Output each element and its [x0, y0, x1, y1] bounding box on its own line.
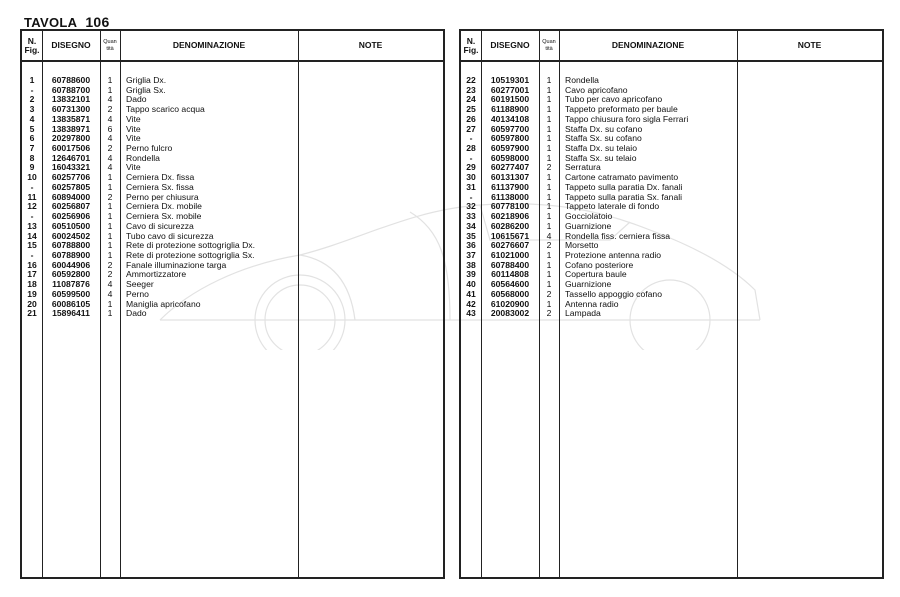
figure-number: 43 [461, 309, 481, 319]
figure-number: 21 [22, 309, 42, 319]
description: Vite [126, 125, 296, 135]
description: Tappo scarico acqua [126, 105, 296, 115]
part-number: 15896411 [42, 309, 100, 319]
title-number: 106 [85, 14, 109, 30]
header-qty: Quantità [100, 31, 120, 60]
table-body: 22105193011Rondella23602770011Cavo apric… [461, 76, 882, 319]
header-note: NOTE [737, 31, 882, 60]
page-title: TAVOLA106 [24, 14, 110, 30]
header-divider [461, 60, 882, 62]
quantity: 2 [539, 309, 559, 319]
header-divider [22, 60, 443, 62]
part-number: 20083002 [481, 309, 539, 319]
description: Rondella [126, 154, 296, 164]
quantity: 1 [100, 309, 120, 319]
parts-table-left: N.Fig. DISEGNO Quantità DENOMINAZIONE NO… [20, 29, 445, 579]
header-fig: N.Fig. [461, 31, 481, 60]
header-qty: Quantità [539, 31, 559, 60]
header-disegno: DISEGNO [481, 31, 539, 60]
header-denominazione: DENOMINAZIONE [559, 31, 737, 60]
description: Maniglia apricofano [126, 300, 296, 310]
table-body: 1607886001Griglia Dx.-607887001Griglia S… [22, 76, 443, 319]
description: Lampada [565, 309, 735, 319]
description: Dado [126, 309, 296, 319]
title-label: TAVOLA [24, 15, 77, 30]
description: Seeger [126, 280, 296, 290]
header-fig: N.Fig. [22, 31, 42, 60]
parts-table-right: N.Fig. DISEGNO Quantità DENOMINAZIONE NO… [459, 29, 884, 579]
description: Vite [126, 115, 296, 125]
table-row: 43200830022Lampada [461, 309, 882, 319]
header-disegno: DISEGNO [42, 31, 100, 60]
description: Griglia Sx. [126, 86, 296, 96]
table-row: 21158964111Dado [22, 309, 443, 319]
header-note: NOTE [298, 31, 443, 60]
header-denominazione: DENOMINAZIONE [120, 31, 298, 60]
